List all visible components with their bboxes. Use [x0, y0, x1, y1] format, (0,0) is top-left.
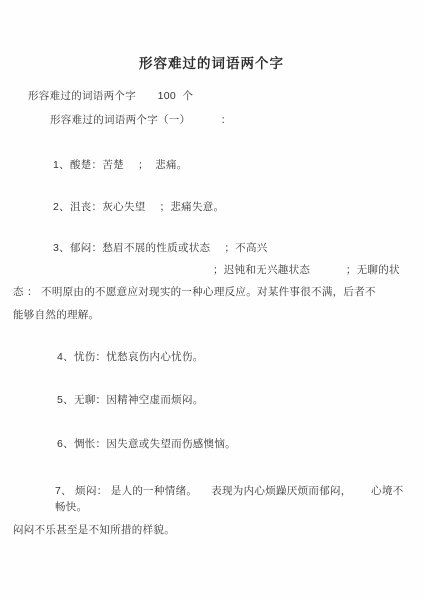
- list-item-5: 5、无聊：因精神空虚而烦闷。: [57, 392, 410, 408]
- list-item-3-line-1: 3、郁闷：愁眉不展的性质或状态 ；不高兴: [53, 240, 410, 256]
- document-title: 形容难过的词语两个字: [13, 0, 410, 74]
- document-page: 形容难过的词语两个字 形容难过的词语两个字 100 个 形容难过的词语两个字（一…: [0, 0, 423, 600]
- list-item-3-line-2: ；迟钝和无兴趣状态 ；无聊的状: [213, 262, 410, 278]
- list-item-7-line-2: 闷闷不乐甚至是不知所措的样貌。: [13, 522, 410, 538]
- list-item-2: 2、沮丧：灰心失望 ；悲痛失意。: [53, 199, 410, 215]
- section-heading: 形容难过的词语两个字（一） ：: [50, 112, 410, 128]
- subtitle-line: 形容难过的词语两个字 100 个: [28, 88, 410, 104]
- list-item-3-line-3: 态 ： 不明原由的不愿意应对现实的一种心理反应。对某件事很不满，后者不: [13, 284, 410, 300]
- list-item-3-line-4: 能够自然的理解。: [13, 307, 410, 323]
- list-item-1: 1、酸楚：苦楚 ； 悲痛。: [53, 157, 410, 173]
- list-item-4: 4、忧伤：忧愁哀伤内心忧伤。: [57, 349, 410, 365]
- list-item-7-line-1: 7、 烦闷： 是人的一种情绪。 表现为内心烦躁厌烦而郁闷， 心境不畅快。: [55, 483, 410, 515]
- list-item-6: 6、惆怅：因失意或失望而伤感懊恼。: [57, 436, 410, 452]
